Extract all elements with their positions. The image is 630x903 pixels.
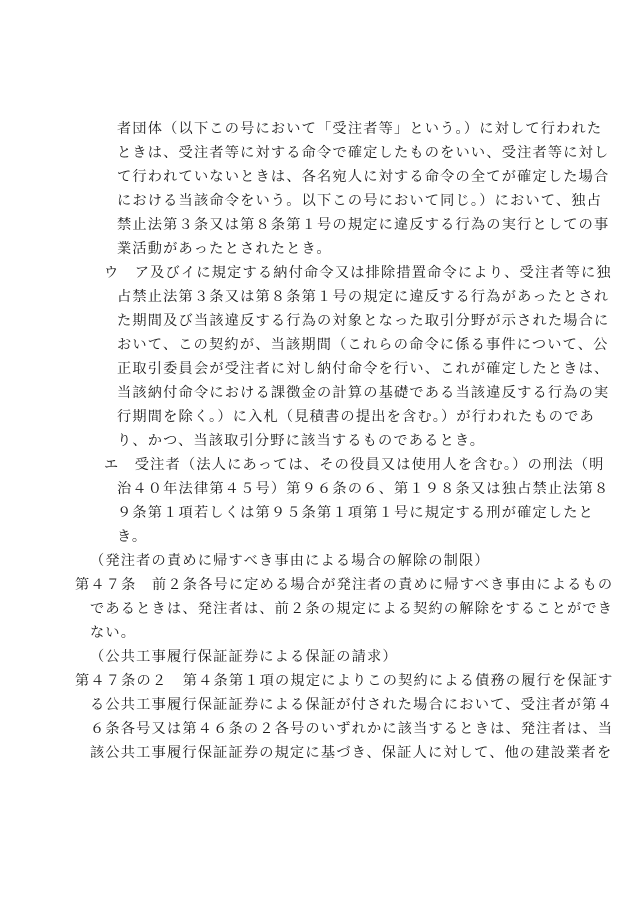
text-line-item-start: ウ ア及びイに規定する納付命令又は排除措置命令により、受注者等に独 <box>104 263 612 283</box>
document-page: 者団体（以下この号において「受注者等」という。）に対して行われたときは、受注者等… <box>0 0 630 903</box>
text-line-item-continuation: て行われていないときは、各名宛人に対する命令の全てが確定した場合 <box>117 167 609 187</box>
text-line-item-continuation: り、かつ、当該取引分野に該当するものであるとき。 <box>117 431 485 451</box>
text-line-article-start: 第４７条 前２条各号に定める場合が発注者の責めに帰すべき事由によるもの <box>75 575 613 595</box>
text-line-article-continuation: ない。 <box>90 623 136 643</box>
text-line-article-continuation: であるときは、発注者は、前２条の規定による契約の解除をすることができ <box>90 599 613 619</box>
text-line-item-continuation: 業活動があったとされたとき。 <box>117 239 332 259</box>
text-line-item-continuation: 治４０年法律第４５号）第９６条の６、第１９８条又は独占禁止法第８ <box>117 479 609 499</box>
text-line-item-continuation: ９条第１項若しくは第９５条第１項第１号に規定する刑が確定したと <box>117 503 594 523</box>
text-line-article-continuation: る公共工事履行保証証券による保証が付された場合において、受注者が第４ <box>90 695 613 715</box>
text-line-item-continuation: 占禁止法第３条又は第８条第１号の規定に違反する行為があったとされ <box>117 287 609 307</box>
text-line-item-continuation: おいて、この契約が、当該期間（これらの命令に係る事件について、公 <box>117 335 609 355</box>
text-line-item-continuation: 当該納付命令における課徴金の計算の基礎である当該違反する行為の実 <box>117 383 609 403</box>
text-line-article-caption: （公共工事履行保証証券による保証の請求） <box>90 647 398 667</box>
text-line-article-caption: （発注者の責めに帰すべき事由による場合の解除の制限） <box>90 551 490 571</box>
text-line-item-continuation: 者団体（以下この号において「受注者等」という。）に対して行われた <box>117 119 602 139</box>
text-line-item-continuation: ときは、受注者等に対する命令で確定したものをいい、受注者等に対し <box>117 143 609 163</box>
text-line-item-continuation: た期間及び当該違反する行為の対象となった取引分野が示された場合に <box>117 311 609 331</box>
text-line-article-continuation: ６条各号又は第４６条の２各号のいずれかに該当するときは、発注者は、当 <box>90 719 613 739</box>
text-line-item-continuation: き。 <box>117 527 147 547</box>
text-line-item-continuation: 行期間を除く。）に入札（見積書の提出を含む。）が行われたものであ <box>117 407 595 427</box>
text-line-item-start: エ 受注者（法人にあっては、その役員又は使用人を含む。）の刑法（明 <box>104 455 605 475</box>
text-line-item-continuation: 正取引委員会が受注者に対し納付命令を行い、これが確定したときは、 <box>117 359 609 379</box>
text-line-item-continuation: における当該命令をいう。以下この号において同じ。）において、独占 <box>117 191 602 211</box>
text-line-article-start: 第４７条の２ 第４条第１項の規定によりこの契約による債務の履行を保証す <box>75 671 614 691</box>
text-line-item-continuation: 禁止法第３条又は第８条第１号の規定に違反する行為の実行としての事 <box>117 215 609 235</box>
text-line-article-continuation: 該公共工事履行保証証券の規定に基づき、保証人に対して、他の建設業者を <box>90 743 612 763</box>
